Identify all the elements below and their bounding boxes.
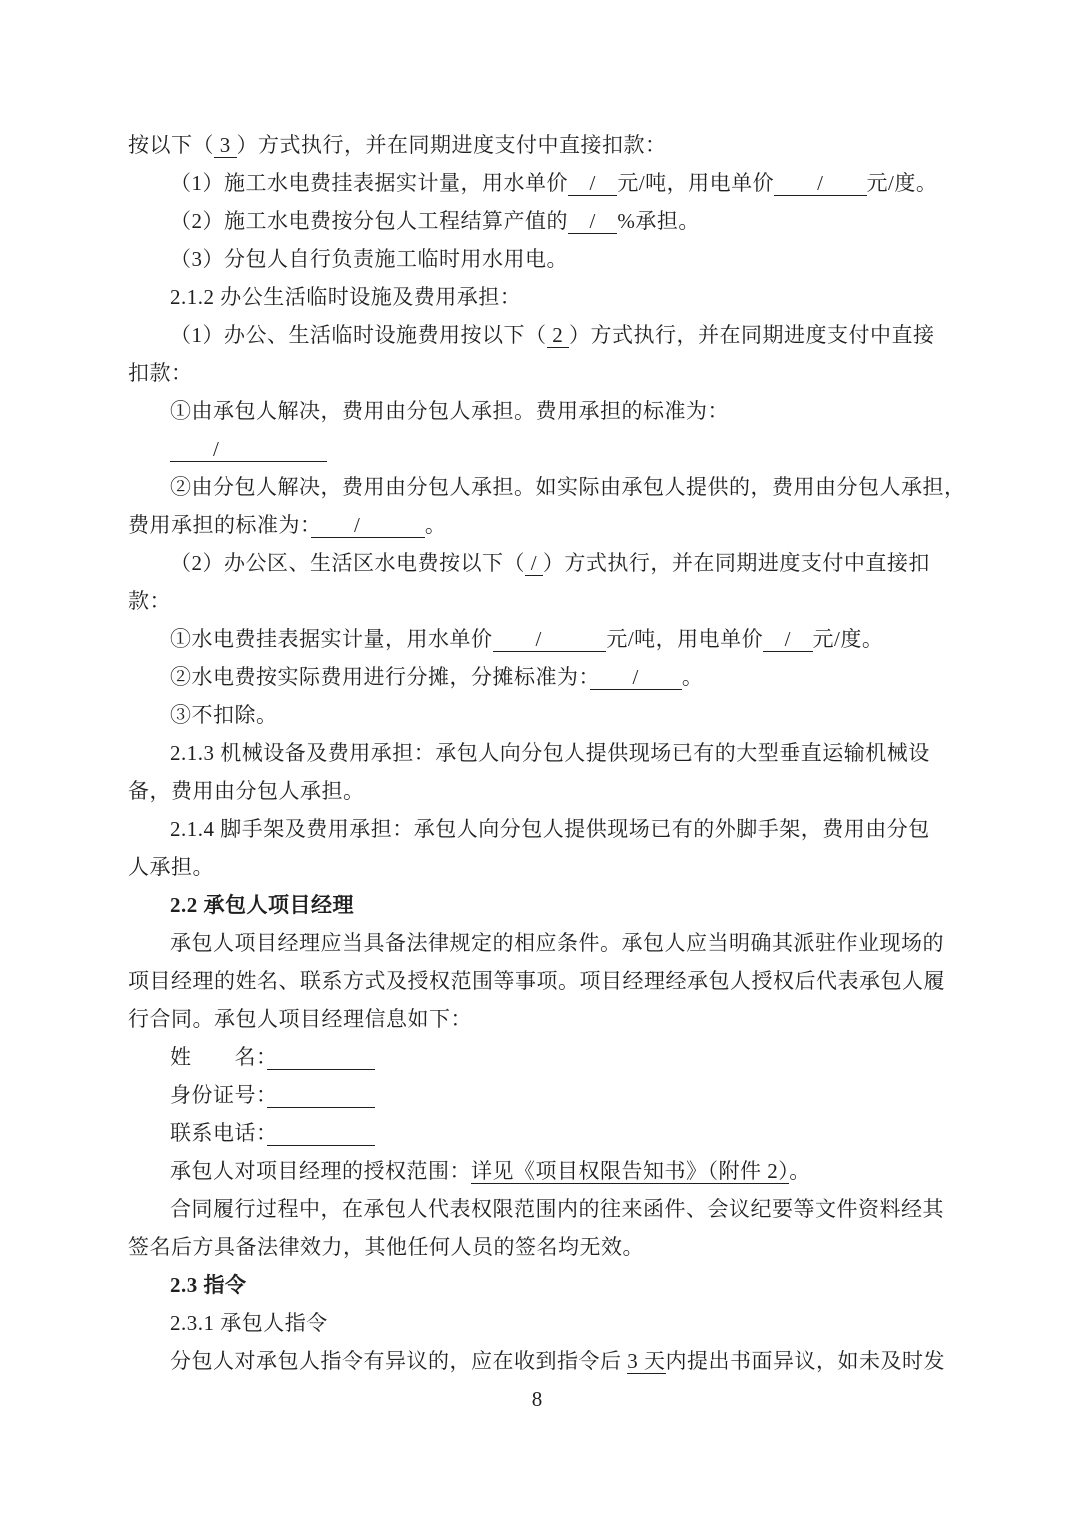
underlined-text: 2 (547, 323, 570, 348)
fill-in-blank: / (763, 627, 812, 652)
text-run: 。 (789, 1159, 811, 1183)
text-line: （2）施工水电费按分包人工程结算产值的 / %承担。 (128, 202, 950, 240)
text-line: 扣款： (128, 354, 950, 392)
text-line: ①由承包人解决，费用由分包人承担。费用承担的标准为： (128, 392, 950, 430)
text-line: 人承担。 (128, 848, 950, 886)
document-body: 按以下（ 3 ）方式执行，并在同期进度支付中直接扣款：（1）施工水电费挂表据实计… (128, 126, 950, 1380)
fill-in-blank: / (493, 627, 607, 652)
text-run: 身份证号： (170, 1083, 267, 1107)
text-line: 款： (128, 582, 950, 620)
text-run: （2）施工水电费按分包人工程结算产值的 (170, 209, 568, 233)
text-run: 人承担。 (128, 855, 214, 879)
text-run: ①由承包人解决，费用由分包人承担。费用承担的标准为： (170, 399, 729, 423)
text-line: 分包人对承包人指令有异议的，应在收到指令后 3 天内提出书面异议，如未及时发 (128, 1342, 950, 1380)
text-line: 2.1.4 脚手架及费用承担：承包人向分包人提供现场已有的外脚手架，费用由分包 (128, 810, 950, 848)
text-line: 备，费用由分包人承担。 (128, 772, 950, 810)
section-heading: 2.2 承包人项目经理 (128, 886, 950, 924)
text-run: （1）施工水电费挂表据实计量，用水单价 (170, 171, 568, 195)
fill-in-blank: / (590, 665, 682, 690)
text-line: 2.1.2 办公生活临时设施及费用承担： (128, 278, 950, 316)
fill-in-blank: / (774, 171, 866, 196)
text-line: ②由分包人解决，费用由分包人承担。如实际由承包人提供的，费用由分包人承担， (128, 468, 950, 506)
text-run: ③不扣除。 (170, 703, 278, 727)
fill-in-blank (267, 1045, 375, 1070)
fill-in-blank: / (170, 437, 327, 462)
text-run: 2.3 指令 (170, 1273, 247, 1297)
text-run: ②由分包人解决，费用由分包人承担。如实际由承包人提供的，费用由分包人承担， (170, 475, 966, 499)
text-line: 承包人对项目经理的授权范围：详见《项目权限告知书》（附件 2）。 (128, 1152, 950, 1190)
text-run: 元/吨，用电单价 (606, 627, 763, 651)
text-line: ①水电费挂表据实计量，用水单价 / 元/吨，用电单价 / 元/度。 (128, 620, 950, 658)
text-line: （1）办公、生活临时设施费用按以下（ 2 ）方式执行，并在同期进度支付中直接 (128, 316, 950, 354)
text-line: 2.3.1 承包人指令 (128, 1304, 950, 1342)
text-run: ②水电费按实际费用进行分摊，分摊标准为： (170, 665, 590, 689)
text-run: 元/吨，用电单价 (617, 171, 774, 195)
text-run: 合同履行过程中，在承包人代表权限范围内的往来函件、会议纪要等文件资料经其 (170, 1197, 944, 1221)
fill-in-blank: / (568, 171, 617, 196)
text-run: 扣款： (128, 361, 193, 385)
text-run: （2）办公区、生活区水电费按以下（ (170, 551, 525, 575)
text-line: 行合同。承包人项目经理信息如下： (128, 1000, 950, 1038)
fill-in-blank: / (568, 209, 617, 234)
text-line: 2.1.3 机械设备及费用承担：承包人向分包人提供现场已有的大型垂直运输机械设 (128, 734, 950, 772)
text-run: （1）办公、生活临时设施费用按以下（ (170, 323, 547, 347)
text-line: / (128, 430, 950, 468)
text-run: 承包人项目经理应当具备法律规定的相应条件。承包人应当明确其派驻作业现场的 (170, 931, 944, 955)
text-run: 姓 名： (170, 1045, 267, 1069)
text-run: 2.1.4 脚手架及费用承担：承包人向分包人提供现场已有的外脚手架，费用由分包 (170, 817, 930, 841)
text-run: ）方式执行，并在同期进度支付中直接扣款： (237, 133, 667, 157)
text-run: 行合同。承包人项目经理信息如下： (128, 1007, 472, 1031)
page-number: 8 (0, 1380, 1074, 1418)
text-line: 姓 名： (128, 1038, 950, 1076)
text-run: 签名后方具备法律效力，其他任何人员的签名均无效。 (128, 1235, 644, 1259)
fill-in-blank: / (311, 513, 425, 538)
text-run: 2.3.1 承包人指令 (170, 1311, 328, 1335)
text-run: 费用承担的标准为： (128, 513, 311, 537)
underlined-text: 详见《项目权限告知书》（附件 2） (471, 1159, 789, 1184)
text-line: ②水电费按实际费用进行分摊，分摊标准为： / 。 (128, 658, 950, 696)
text-run: 2.1.3 机械设备及费用承担：承包人向分包人提供现场已有的大型垂直运输机械设 (170, 741, 930, 765)
text-line: （2）办公区、生活区水电费按以下（ / ）方式执行，并在同期进度支付中直接扣 (128, 544, 950, 582)
text-run: ）方式执行，并在同期进度支付中直接 (569, 323, 935, 347)
underlined-text: 3 天 (627, 1349, 665, 1374)
text-run: ）方式执行，并在同期进度支付中直接扣 (543, 551, 930, 575)
text-line: 签名后方具备法律效力，其他任何人员的签名均无效。 (128, 1228, 950, 1266)
text-run: 备，费用由分包人承担。 (128, 779, 365, 803)
text-line: （1）施工水电费挂表据实计量，用水单价 / 元/吨，用电单价 / 元/度。 (128, 164, 950, 202)
fill-in-blank (267, 1083, 375, 1108)
text-run: 2.2 承包人项目经理 (170, 893, 354, 917)
text-line: ③不扣除。 (128, 696, 950, 734)
fill-in-blank (267, 1121, 375, 1146)
text-line: 联系电话： (128, 1114, 950, 1152)
text-run: 款： (128, 589, 171, 613)
text-run: %承担。 (617, 209, 700, 233)
text-run: 分包人对承包人指令有异议的，应在收到指令后 (170, 1349, 627, 1373)
text-line: 承包人项目经理应当具备法律规定的相应条件。承包人应当明确其派驻作业现场的 (128, 924, 950, 962)
text-run: 联系电话： (170, 1121, 267, 1145)
text-line: 身份证号： (128, 1076, 950, 1114)
text-run: 元/度。 (813, 627, 884, 651)
text-line: 项目经理的姓名、联系方式及授权范围等事项。项目经理经承包人授权后代表承包人履 (128, 962, 950, 1000)
text-run: 内提出书面异议，如未及时发 (666, 1349, 946, 1373)
text-run: 承包人对项目经理的授权范围： (170, 1159, 471, 1183)
text-run: 。 (425, 513, 447, 537)
text-run: 元/度。 (867, 171, 938, 195)
text-line: 按以下（ 3 ）方式执行，并在同期进度支付中直接扣款： (128, 126, 950, 164)
text-line: 费用承担的标准为： / 。 (128, 506, 950, 544)
text-run: 项目经理的姓名、联系方式及授权范围等事项。项目经理经承包人授权后代表承包人履 (128, 969, 945, 993)
section-heading: 2.3 指令 (128, 1266, 950, 1304)
fill-in-blank: / (525, 551, 543, 576)
text-run: 按以下（ (128, 133, 214, 157)
text-line: （3）分包人自行负责施工临时用水用电。 (128, 240, 950, 278)
text-line: 合同履行过程中，在承包人代表权限范围内的往来函件、会议纪要等文件资料经其 (128, 1190, 950, 1228)
text-run: 2.1.2 办公生活临时设施及费用承担： (170, 285, 521, 309)
underlined-text: 3 (214, 133, 237, 158)
text-run: 。 (682, 665, 704, 689)
text-run: ①水电费挂表据实计量，用水单价 (170, 627, 493, 651)
text-run: （3）分包人自行负责施工临时用水用电。 (170, 247, 568, 271)
contract-page: 按以下（ 3 ）方式执行，并在同期进度支付中直接扣款：（1）施工水电费挂表据实计… (0, 0, 1074, 1520)
